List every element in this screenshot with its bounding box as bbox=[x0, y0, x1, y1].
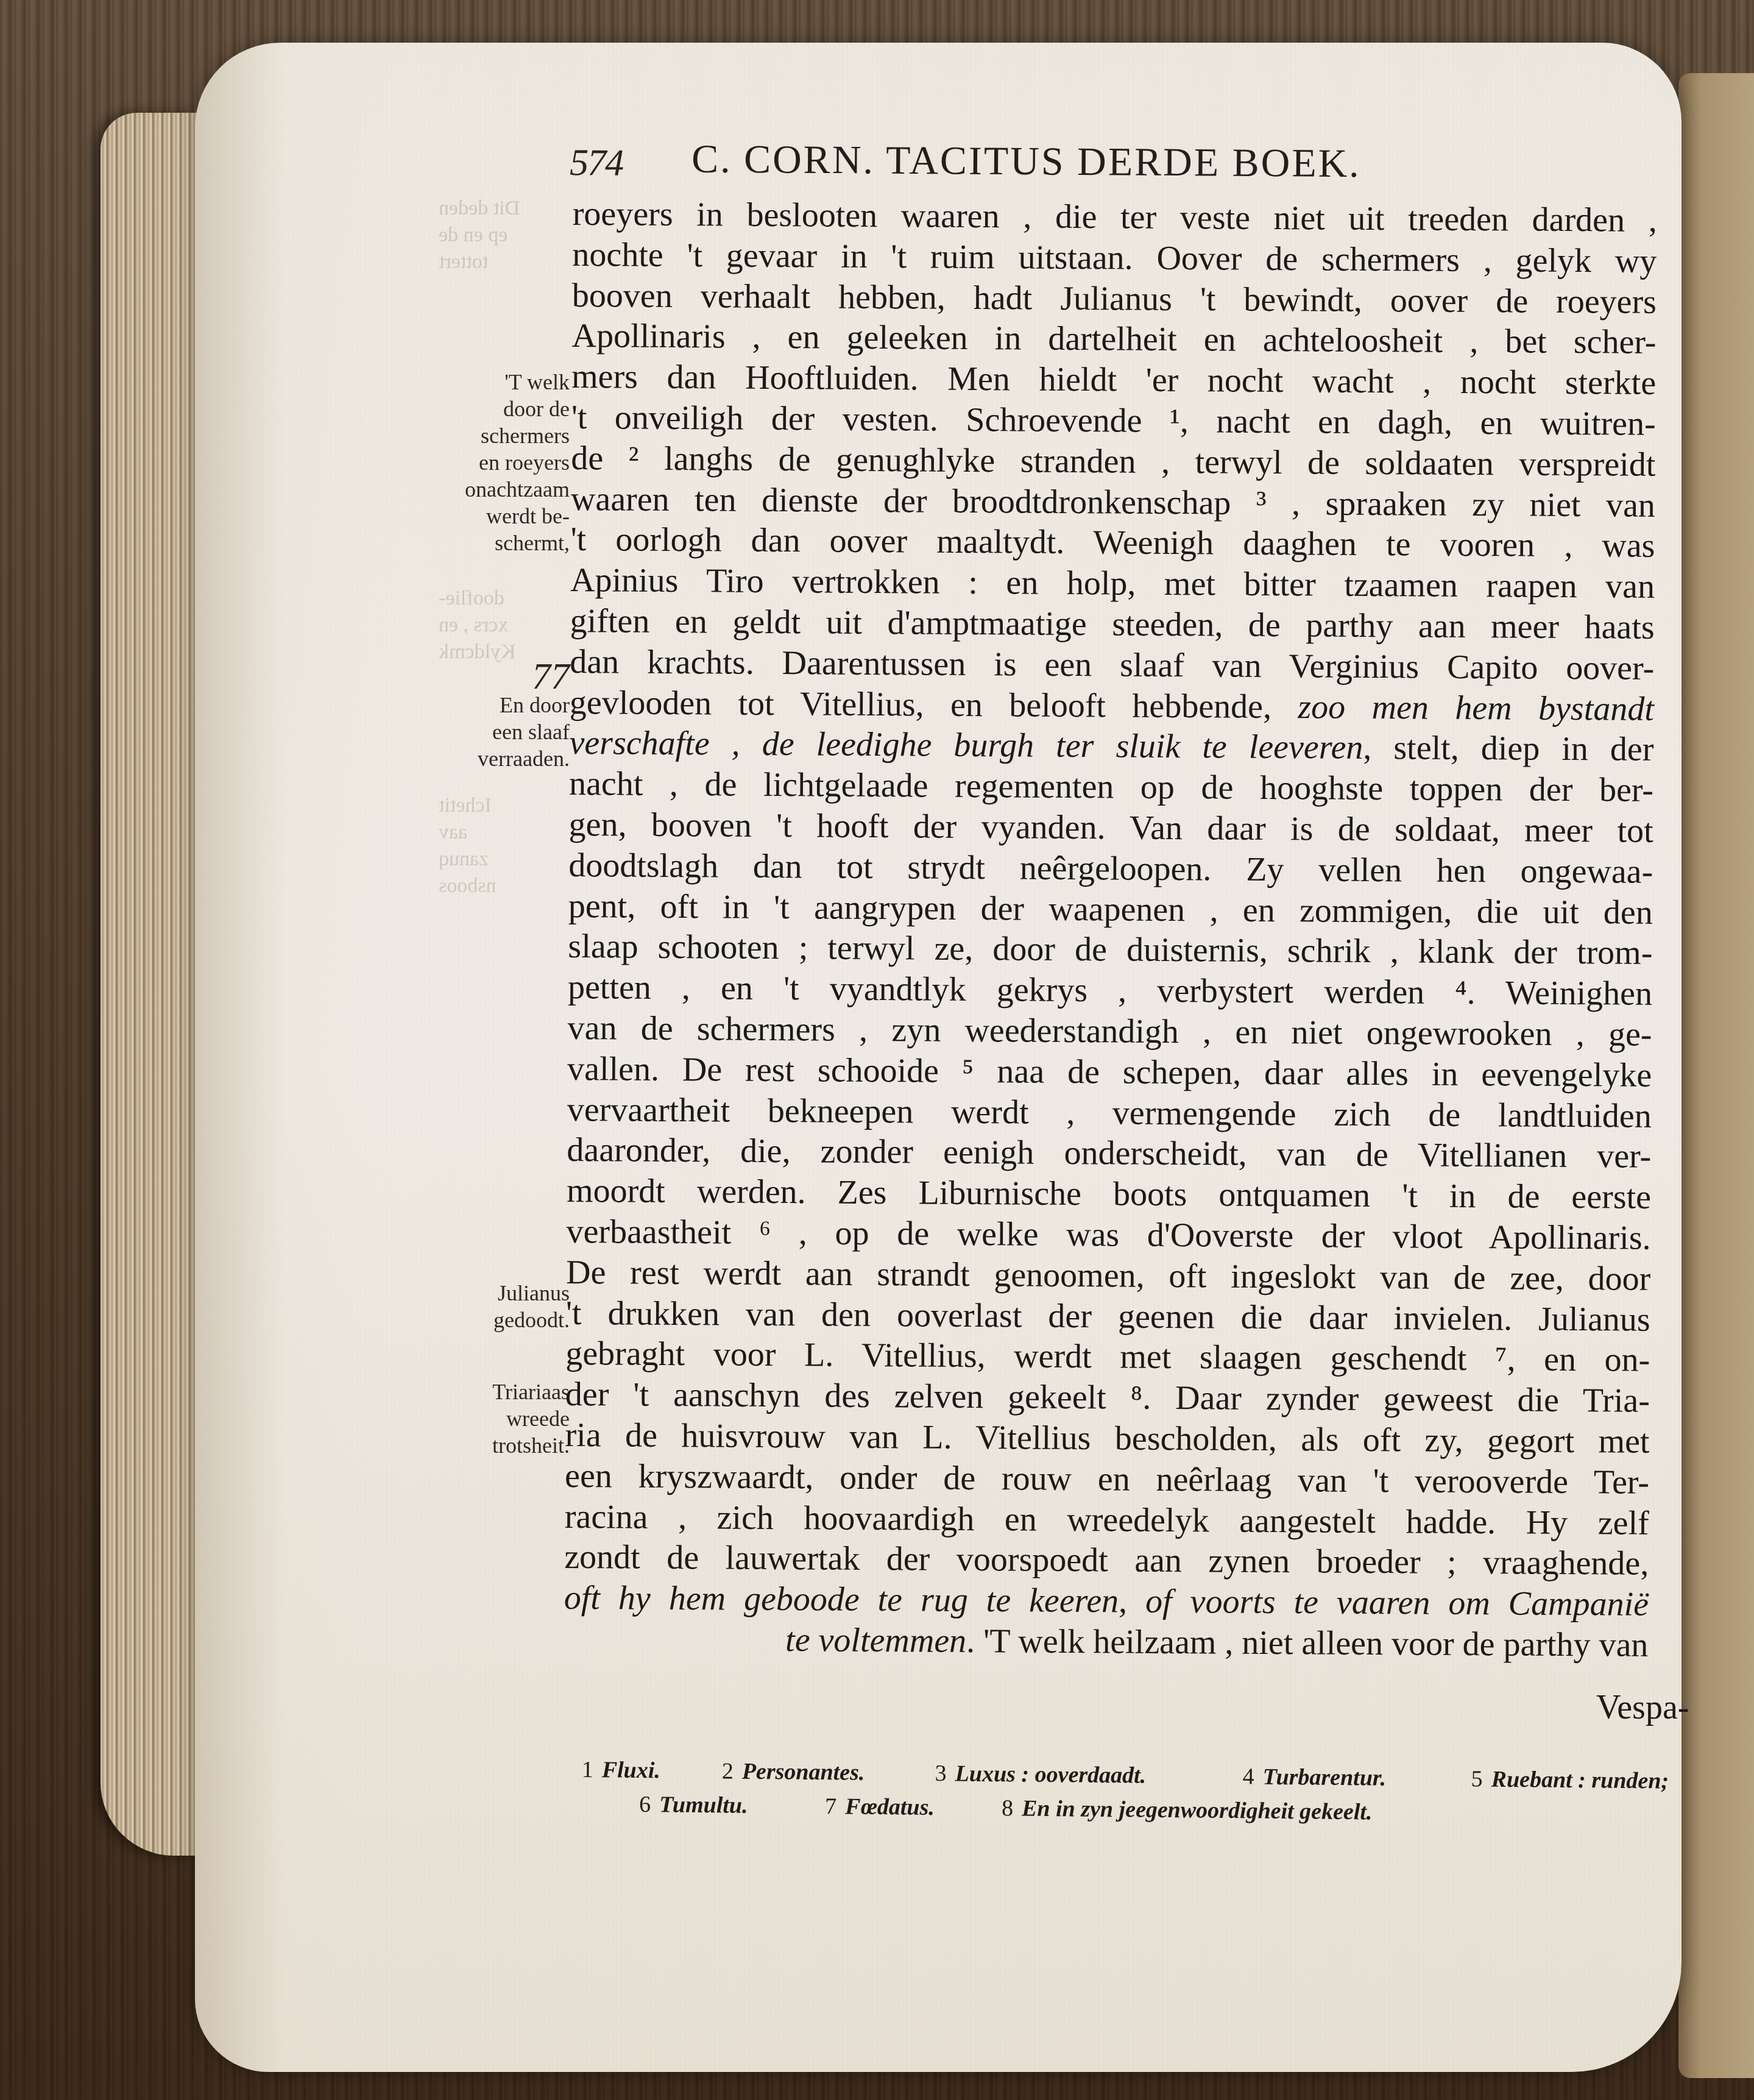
bleed-through-text: Ichetitaavzanuqnsboos bbox=[439, 792, 573, 899]
margin-note-slaaf: En door een slaaf verraaden. bbox=[439, 692, 570, 772]
body-text: roeyers in beslooten waaren , die ter ve… bbox=[564, 194, 1657, 1666]
text-line: nacht , de lichtgelaade regementen op de… bbox=[569, 764, 1653, 811]
text-line: 't drukken van den ooverlast der geenen … bbox=[566, 1293, 1650, 1340]
text-segment: nacht , de lichtgelaade regementen op de… bbox=[569, 765, 1653, 809]
text-segment: gen, booven 't hooft der vyanden. Van da… bbox=[568, 806, 1653, 850]
text-line: een kryszwaardt, onder de rouw en neêrla… bbox=[565, 1456, 1649, 1503]
italic-text-segment: verschafte , de leedighe burgh ter sluik… bbox=[569, 724, 1363, 767]
footnote-6: 6Tumultu. bbox=[639, 1791, 748, 1819]
text-line: slaap schooten ; terwyl ze, door de duis… bbox=[568, 926, 1652, 974]
text-segment: moordt werden. Zes Liburnische boots ont… bbox=[567, 1172, 1651, 1216]
italic-text-segment: of voorts te vaaren om Campanië bbox=[1145, 1583, 1649, 1623]
text-segment: giften en geldt uit d'amptmaatige steede… bbox=[570, 602, 1655, 647]
footnote-5: 5Ruebant : runden; bbox=[1471, 1765, 1669, 1794]
text-line: de ² langhs de genughlyke stranden , ter… bbox=[571, 438, 1655, 486]
text-line: doodtslagh dan tot strydt neêrgeloopen. … bbox=[568, 845, 1653, 893]
text-segment: verbaastheit ⁶ , op de welke was d'Oover… bbox=[566, 1213, 1650, 1257]
footnote-3: 3Luxus : ooverdaadt. bbox=[935, 1760, 1147, 1789]
footnote-2: 2Personantes. bbox=[722, 1758, 865, 1786]
text-line: De rest werdt aan strandt genoomen, oft … bbox=[566, 1252, 1650, 1300]
text-line: verbaastheit ⁶ , op de welke was d'Oover… bbox=[566, 1211, 1650, 1259]
text-line: Apinius Tiro vertrokken : en holp, met b… bbox=[570, 560, 1655, 608]
text-segment: dan krachts. Daarentussen is een slaaf v… bbox=[570, 643, 1654, 687]
text-segment: ria de huisvrouw van L. Vitellius bescho… bbox=[565, 1416, 1649, 1461]
text-line: Apollinaris , en geleeken in dartelheit … bbox=[571, 316, 1656, 363]
text-segment: daaronder, die, zonder eenigh onderschei… bbox=[567, 1131, 1651, 1176]
footnote-4: 4Turbarentur. bbox=[1242, 1763, 1386, 1791]
text-segment: petten , en 't vyandtlyk gekrys , verbys… bbox=[568, 968, 1652, 1013]
text-segment: booven verhaalt hebben, hadt Julianus 't… bbox=[572, 277, 1657, 321]
text-segment: . 'T welk heilzaam , niet alleen voor de… bbox=[966, 1622, 1649, 1664]
text-segment: Apollinaris , en geleeken in dartelheit … bbox=[571, 317, 1656, 361]
text-segment: 't oorlogh dan oover maaltydt. Weenigh d… bbox=[570, 520, 1655, 565]
text-line: gevlooden tot Vitellius, en belooft hebb… bbox=[570, 683, 1654, 730]
text-line: petten , en 't vyandtlyk gekrys , verbys… bbox=[568, 967, 1652, 1015]
margin-note-triaria: Triariaas wreede trotsheit. bbox=[439, 1378, 570, 1459]
text-segment: nochte 't gevaar in 't ruim uitstaan. Oo… bbox=[572, 236, 1657, 280]
text-segment: waaren ten dienste der broodtdronkenscha… bbox=[571, 480, 1655, 525]
facing-page-edge bbox=[1678, 73, 1754, 2078]
margin-note-schermers: 'T welk door de schermers en roeyers ona… bbox=[439, 369, 570, 556]
page-stack-edges bbox=[101, 113, 198, 1856]
text-segment: racina , zich hoovaardigh en wreedelyk a… bbox=[565, 1497, 1649, 1542]
text-line: vallen. De rest schooide ⁵ naa de schepe… bbox=[567, 1049, 1652, 1096]
bleed-through-text: Dit dedenep en detottert bbox=[439, 195, 573, 275]
text-segment: 't onveiligh der vesten. Schroevende ¹, … bbox=[571, 399, 1656, 443]
text-line: pent, oft in 't aangrypen der waapenen ,… bbox=[568, 886, 1653, 934]
text-line: der 't aanschyn des zelven gekeelt ⁸. Da… bbox=[565, 1374, 1650, 1422]
text-line: van de schermers , zyn weederstandigh , … bbox=[567, 1008, 1652, 1055]
text-segment: De rest werdt aan strandt genoomen, oft … bbox=[566, 1254, 1650, 1298]
text-segment: , stelt, diep in der bbox=[1363, 729, 1653, 768]
text-segment: mers dan Hooftluiden. Men hieldt 'er noc… bbox=[571, 358, 1656, 402]
text-segment: slaap schooten ; terwyl ze, door de duis… bbox=[568, 928, 1652, 972]
catchword: Vespa- bbox=[1596, 1688, 1689, 1727]
text-segment: zondt de lauwertak der voorspoedt aan zy… bbox=[564, 1538, 1649, 1583]
text-segment: vallen. De rest schooide ⁵ naa de schepe… bbox=[567, 1050, 1652, 1094]
text-line: booven verhaalt hebben, hadt Julianus 't… bbox=[572, 275, 1657, 323]
text-segment: doodtslagh dan tot strydt neêrgeloopen. … bbox=[568, 846, 1653, 891]
text-line: daaronder, die, zonder eenigh onderschei… bbox=[567, 1130, 1651, 1177]
text-line: giften en geldt uit d'amptmaatige steede… bbox=[570, 601, 1655, 648]
text-segment: Apinius Tiro vertrokken : en holp, met b… bbox=[570, 561, 1655, 606]
text-segment: gebraght voor L. Vitellius, werdt met sl… bbox=[565, 1335, 1650, 1379]
text-line: gebraght voor L. Vitellius, werdt met sl… bbox=[565, 1333, 1650, 1381]
text-line: ria de huisvrouw van L. Vitellius bescho… bbox=[565, 1415, 1649, 1463]
text-line: waaren ten dienste der broodtdronkenscha… bbox=[571, 479, 1655, 527]
running-head: 574 C. CORN. TACITUS DERDE BOEK. bbox=[570, 135, 1606, 197]
text-line: verschafte , de leedighe burgh ter sluik… bbox=[569, 723, 1653, 770]
text-line: racina , zich hoovaardigh en wreedelyk a… bbox=[565, 1496, 1649, 1544]
text-line: 't onveiligh der vesten. Schroevende ¹, … bbox=[571, 397, 1656, 445]
text-line: te voltemmen. 'T welk heilzaam , niet al… bbox=[564, 1619, 1648, 1666]
text-segment: van de schermers , zyn weederstandigh , … bbox=[567, 1009, 1652, 1054]
text-line: gen, booven 't hooft der vyanden. Van da… bbox=[568, 804, 1653, 852]
text-segment: roeyers in beslooten waaren , die ter ve… bbox=[573, 195, 1657, 239]
bleed-through-text: dooflie-xcrs , enKyldcmk bbox=[439, 585, 573, 665]
italic-text-segment: te voltemmen bbox=[785, 1621, 966, 1660]
margin-note-julianus: Julianus gedoodt. bbox=[439, 1280, 570, 1333]
text-segment: pent, oft in 't aangrypen der waapenen ,… bbox=[568, 887, 1653, 932]
italic-text-segment: zoo men hem bystandt bbox=[1298, 688, 1654, 728]
italic-text-segment: oft hy hem geboode te rug te keeren bbox=[564, 1579, 1119, 1620]
text-segment: vervaartheit bekneepen werdt , vermengen… bbox=[567, 1091, 1652, 1135]
text-line: dan krachts. Daarentussen is een slaaf v… bbox=[570, 642, 1654, 689]
text-segment: de ² langhs de genughlyke stranden , ter… bbox=[571, 439, 1655, 484]
text-segment: der 't aanschyn des zelven gekeelt ⁸. Da… bbox=[565, 1375, 1650, 1420]
text-segment: een kryszwaardt, onder de rouw en neêrla… bbox=[565, 1457, 1649, 1502]
footnote-8: 8En in zyn jeegenwoordigheit gekeelt. bbox=[1002, 1795, 1373, 1825]
page-number: 574 bbox=[570, 141, 623, 185]
running-title: C. CORN. TACITUS DERDE BOEK. bbox=[691, 136, 1361, 187]
text-segment: gevlooden tot Vitellius, en belooft hebb… bbox=[570, 684, 1298, 726]
footnotes: 1Fluxi. 2Personantes. 3Luxus : ooverdaad… bbox=[581, 1756, 1672, 1836]
text-segment: , bbox=[1119, 1583, 1145, 1620]
text-line: 't oorlogh dan oover maaltydt. Weenigh d… bbox=[570, 519, 1655, 567]
footnote-7: 7Fœdatus. bbox=[825, 1793, 935, 1821]
section-number: 77 bbox=[439, 658, 570, 695]
text-line: nochte 't gevaar in 't ruim uitstaan. Oo… bbox=[572, 235, 1657, 282]
text-segment: 't drukken van den ooverlast der geenen … bbox=[566, 1294, 1650, 1338]
text-line: mers dan Hooftluiden. Men hieldt 'er noc… bbox=[571, 357, 1656, 404]
text-line: zondt de lauwertak der voorspoedt aan zy… bbox=[564, 1537, 1649, 1584]
text-line: moordt werden. Zes Liburnische boots ont… bbox=[567, 1171, 1651, 1218]
text-line: oft hy hem geboode te rug te keeren, of … bbox=[564, 1578, 1649, 1625]
text-line: vervaartheit bekneepen werdt , vermengen… bbox=[567, 1090, 1652, 1137]
text-line: roeyers in beslooten waaren , die ter ve… bbox=[573, 194, 1657, 241]
footnote-1: 1Fluxi. bbox=[582, 1756, 661, 1784]
